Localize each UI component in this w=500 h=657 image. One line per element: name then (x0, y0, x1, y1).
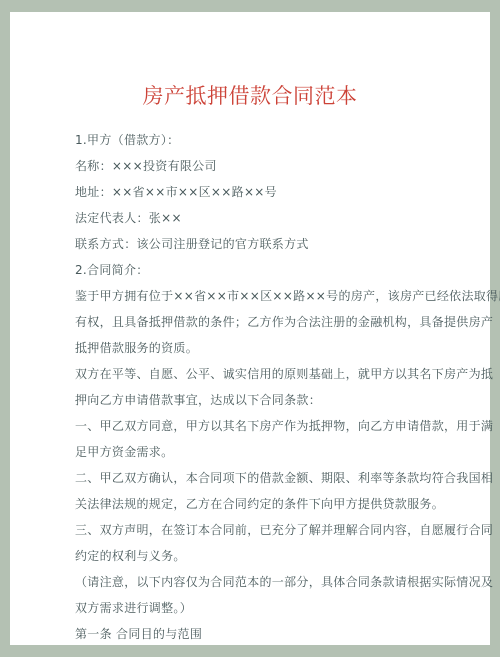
document-line: （请注意，以下内容仅为合同范本的一部分，具体合同条款请根据实际情况及 (75, 569, 470, 595)
document-line: 法定代表人：张×× (75, 205, 470, 231)
document-line: 约定的权利与义务。 (75, 543, 470, 569)
document-line: 押向乙方申请借款事宜，达成以下合同条款： (75, 387, 470, 413)
document-line: 第一条 合同目的与范围 (75, 621, 470, 647)
document-line: 2.合同简介： (75, 257, 470, 283)
document-line: 双方在平等、自愿、公平、诚实信用的原则基础上，就甲方以其名下房产为抵 (75, 361, 470, 387)
document-line: 一、甲乙双方同意，甲方以其名下房产作为抵押物，向乙方申请借款，用于满 (75, 413, 470, 439)
document-line: 双方需求进行调整。） (75, 595, 470, 621)
document-body: 1.甲方（借款方）：名称：×××投资有限公司地址：××省××市××区××路××号… (75, 127, 470, 647)
document-line: 地址：××省××市××区××路××号 (75, 179, 470, 205)
document-line: 二、甲乙双方确认，本合同项下的借款金额、期限、利率等条款均符合我国相 (75, 465, 470, 491)
document-line: 联系方式：该公司注册登记的官方联系方式 (75, 231, 470, 257)
document-line: 鉴于甲方拥有位于××省××市××区××路××号的房产，该房产已经依法取得所 (75, 283, 470, 309)
document-line: 名称：×××投资有限公司 (75, 153, 470, 179)
page-background: { "page": { "title": "房产抵押借款合同范本", "colo… (0, 0, 500, 657)
document-title: 房产抵押借款合同范本 (10, 85, 490, 107)
document-line: 三、双方声明，在签订本合同前，已充分了解并理解合同内容，自愿履行合同 (75, 517, 470, 543)
document-paper: 房产抵押借款合同范本 1.甲方（借款方）：名称：×××投资有限公司地址：××省×… (10, 12, 490, 645)
document-line: 1.甲方（借款方）： (75, 127, 470, 153)
document-line: 有权，且具备抵押借款的条件；乙方作为合法注册的金融机构，具备提供房产 (75, 309, 470, 335)
document-line: 足甲方资金需求。 (75, 439, 470, 465)
document-line: 关法律法规的规定，乙方在合同约定的条件下向甲方提供贷款服务。 (75, 491, 470, 517)
document-line: 抵押借款服务的资质。 (75, 335, 470, 361)
